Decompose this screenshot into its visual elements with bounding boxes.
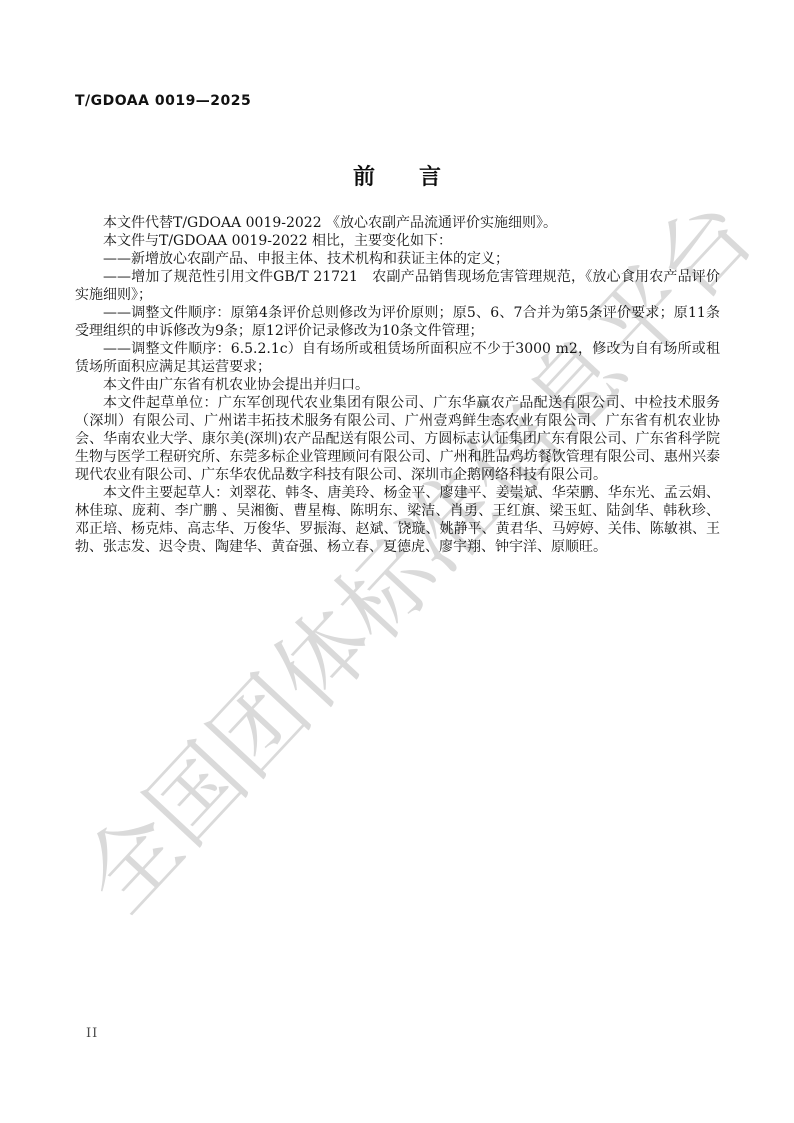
foreword-paragraph: 本文件代替T/GDOAA 0019-2022 《放心农副产品流通评价实施细则》。 [75,214,720,232]
foreword-body: 本文件代替T/GDOAA 0019-2022 《放心农副产品流通评价实施细则》。… [75,214,720,556]
foreword-paragraph: ——新增放心农副产品、申报主体、技术机构和获证主体的定义； [75,250,720,268]
standard-number-header: T/GDOAA 0019—2025 [75,93,251,109]
foreword-paragraph: 本文件由广东省有机农业协会提出并归口。 [75,376,720,394]
foreword-paragraph: 本文件起草单位：广东军创现代农业集团有限公司、广东华赢农产品配送有限公司、中检技… [75,394,720,484]
foreword-paragraph: ——调整文件顺序：原第4条评价总则修改为评价原则；原5、6、7合并为第5条评价要… [75,304,720,340]
page-number: II [86,1026,98,1041]
foreword-paragraph: 本文件与T/GDOAA 0019-2022 相比，主要变化如下： [75,232,720,250]
foreword-paragraph: ——增加了规范性引用文件GB/T 21721 农副产品销售现场危害管理规范，《放… [75,268,720,304]
foreword-title: 前 言 [0,160,794,191]
foreword-paragraph: 本文件主要起草人：刘翠花、韩冬、唐美玲、杨金平、廖建平、姜崇斌、华荣鹏、华东光、… [75,484,720,556]
foreword-paragraph: ——调整文件顺序：6.5.2.1c）自有场所或租赁场所面积应不少于3000 m2… [75,340,720,376]
